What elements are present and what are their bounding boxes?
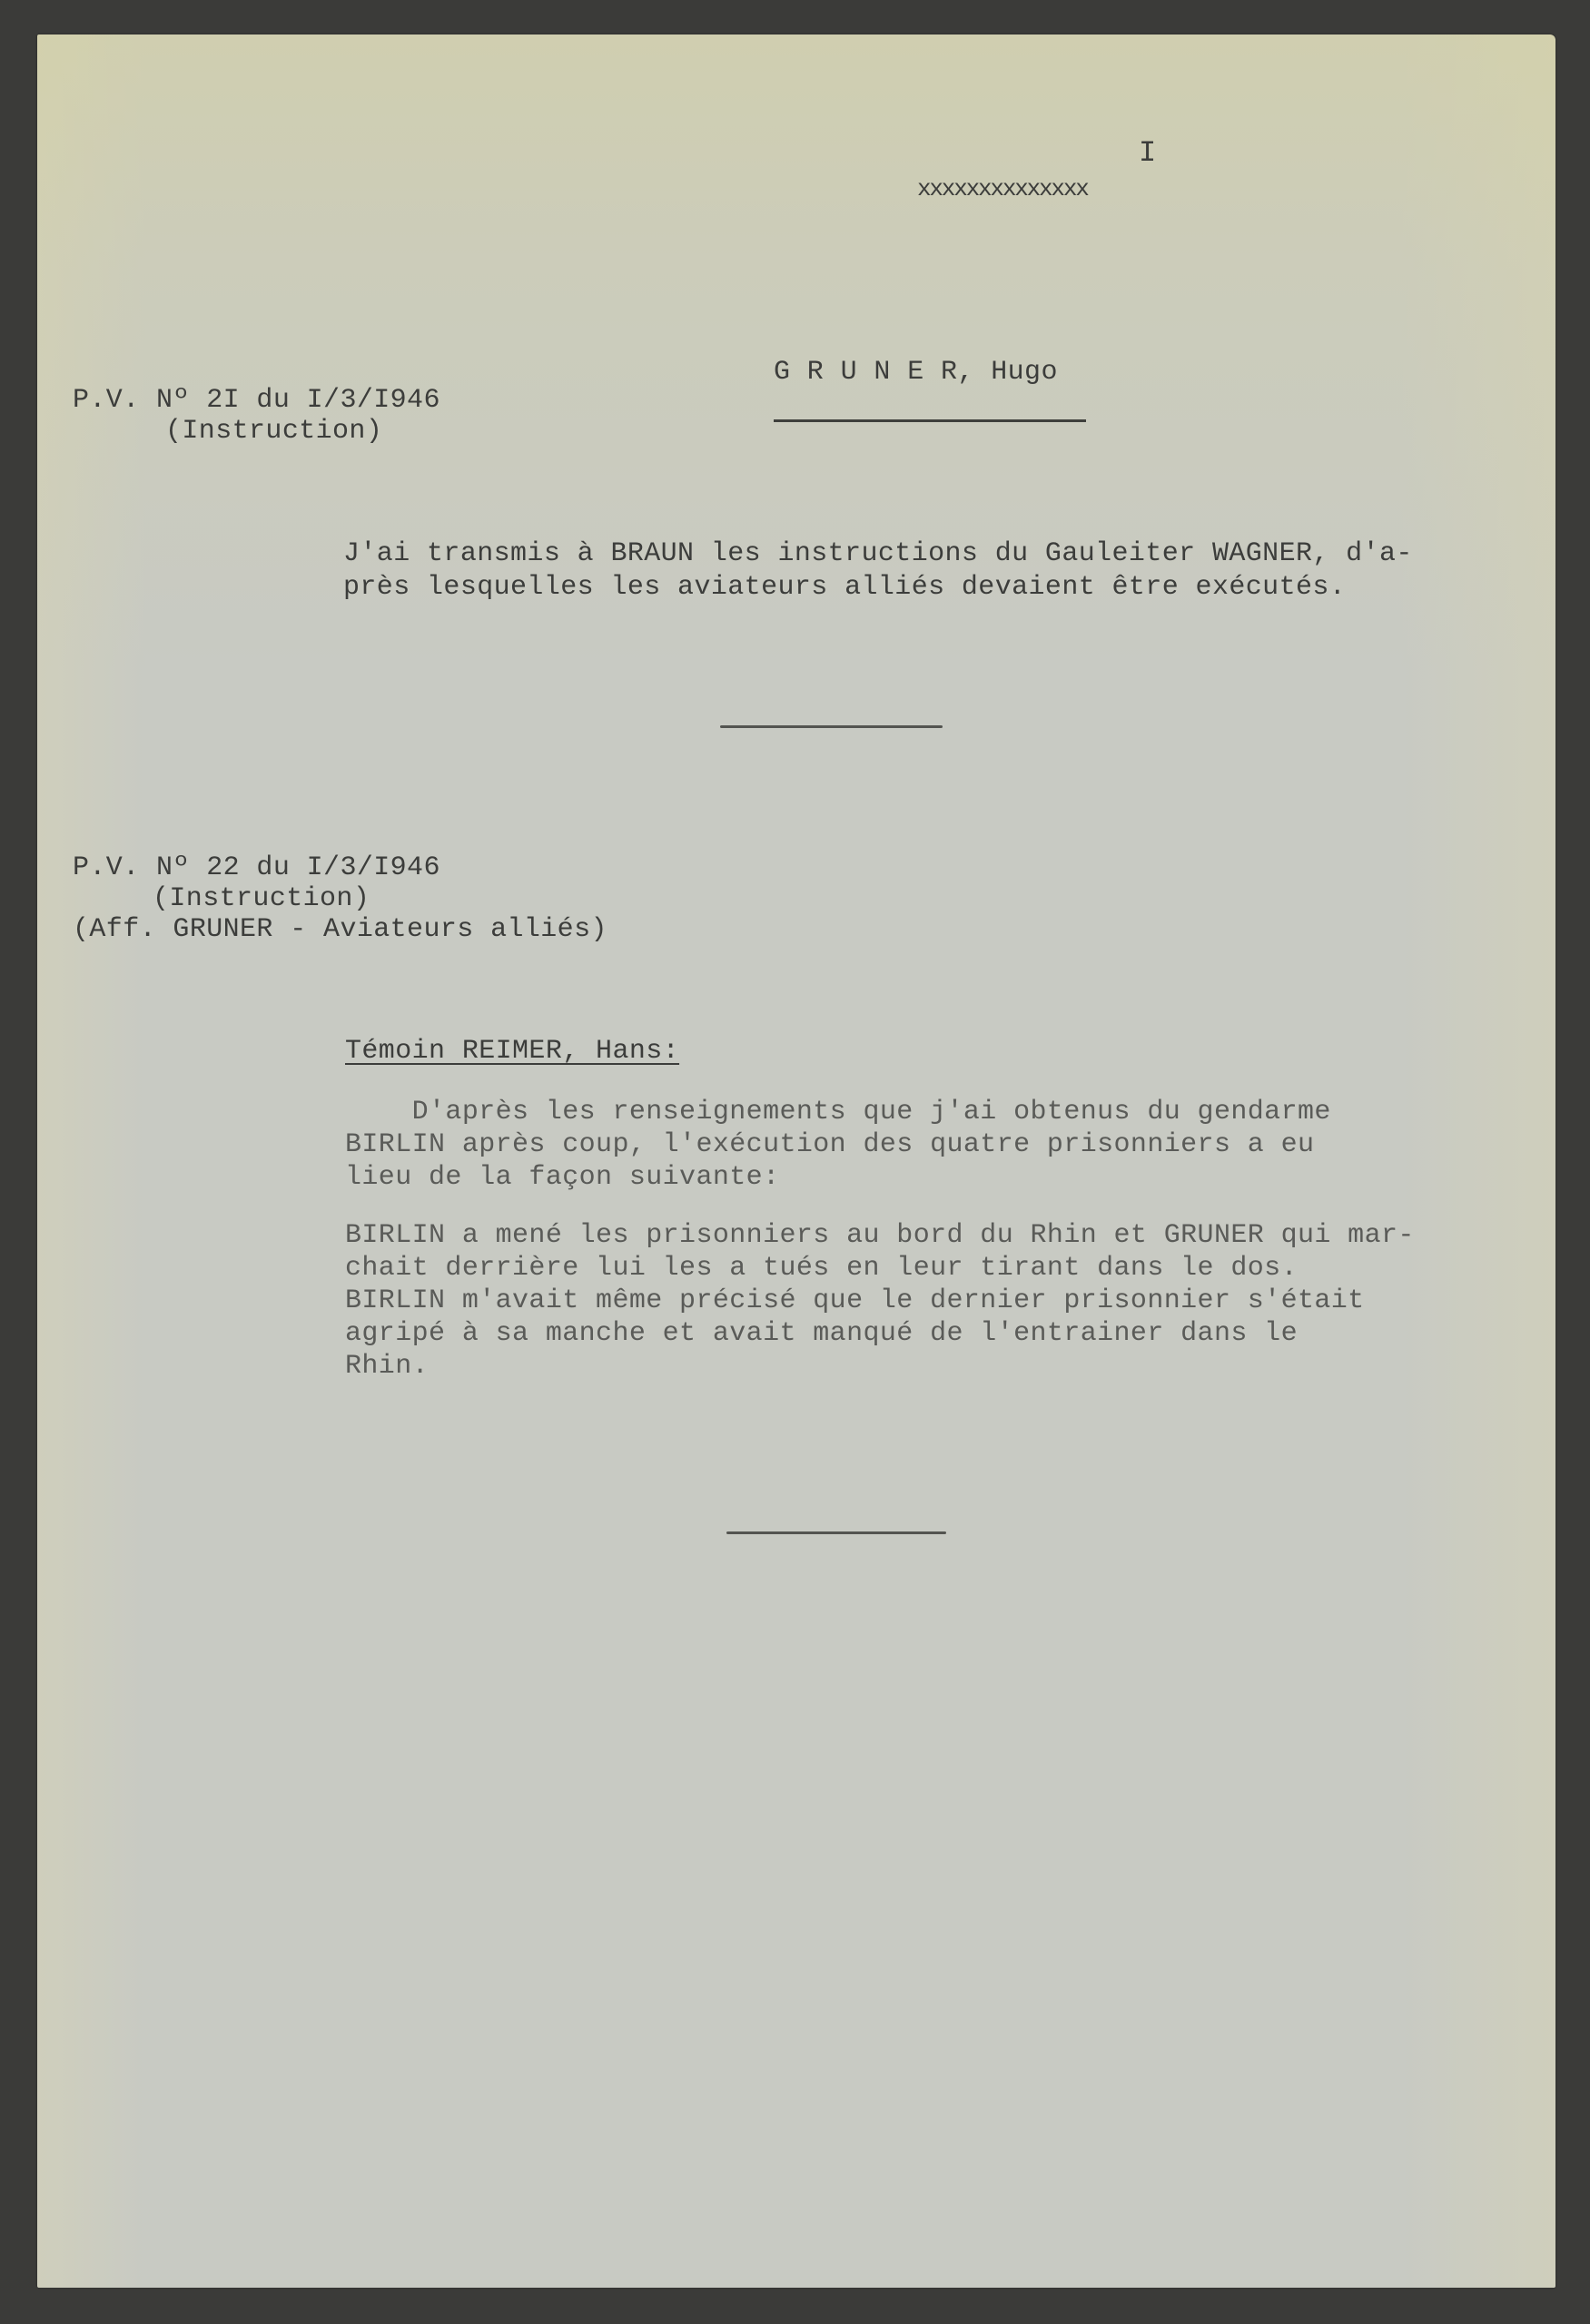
witness-heading: Témoin REIMER, Hans: [345, 1035, 679, 1068]
testimony-line: chait derrière lui les a tués en leur ti… [345, 1252, 1298, 1285]
testimony-line: BIRLIN m'avait même précisé que le derni… [345, 1285, 1365, 1318]
testimony-line: D'après les renseignements que j'ai obte… [345, 1096, 1331, 1129]
title-underline [774, 419, 1086, 422]
pv-21-body-line: près lesquelles les aviateurs alliés dev… [343, 571, 1346, 605]
pv-21-type: (Instruction) [165, 415, 382, 448]
page-marker: xxxxxxxxxxxxxx [917, 172, 1088, 206]
pv-22-reference: P.V. Nº 22 du I/3/I946 [73, 852, 440, 885]
page-number: I [1139, 136, 1157, 170]
pv-21-body-line: J'ai transmis à BRAUN les instructions d… [343, 537, 1413, 571]
document-title: G R U N E R, Hugo [774, 356, 1058, 389]
testimony-line: Rhin. [345, 1350, 429, 1384]
pv-22-case: (Aff. GRUNER - Aviateurs alliés) [73, 913, 607, 947]
section-separator [726, 1531, 946, 1534]
testimony-line: BIRLIN après coup, l'exécution des quatr… [345, 1128, 1314, 1162]
testimony-line: agripé à sa manche et avait manqué de l'… [345, 1317, 1298, 1351]
pv-22-type: (Instruction) [153, 882, 370, 916]
testimony-line: lieu de la façon suivante: [345, 1161, 779, 1195]
pv-21-reference: P.V. Nº 2I du I/3/I946 [73, 384, 440, 418]
testimony-line: BIRLIN a mené les prisonniers au bord du… [345, 1219, 1415, 1253]
section-separator [720, 725, 943, 728]
